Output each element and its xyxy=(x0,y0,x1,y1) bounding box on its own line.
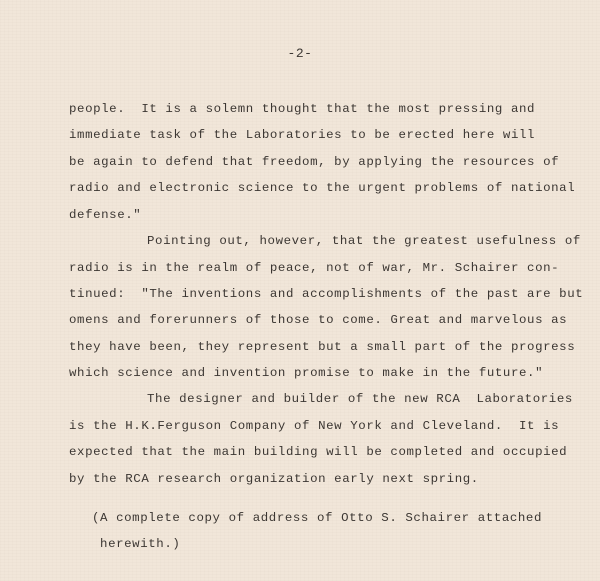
text-line: they have been, they represent but a sma… xyxy=(69,339,575,355)
text-line: people. It is a solemn thought that the … xyxy=(69,101,535,117)
text-line: immediate task of the Laboratories to be… xyxy=(69,127,535,143)
text-line: Pointing out, however, that the greatest… xyxy=(147,233,581,249)
text-line: be again to defend that freedom, by appl… xyxy=(69,154,559,170)
text-line: tinued: "The inventions and accomplishme… xyxy=(69,286,583,302)
text-line: omens and forerunners of those to come. … xyxy=(69,312,567,328)
text-line: (A complete copy of address of Otto S. S… xyxy=(92,510,542,526)
text-line: by the RCA research organization early n… xyxy=(69,471,479,487)
text-line: herewith.) xyxy=(92,536,180,552)
text-line: defense." xyxy=(69,207,141,223)
text-line: is the H.K.Ferguson Company of New York … xyxy=(69,418,559,434)
text-line: radio is in the realm of peace, not of w… xyxy=(69,260,559,276)
text-line: radio and electronic science to the urge… xyxy=(69,180,575,196)
text-line: The designer and builder of the new RCA … xyxy=(147,391,573,407)
text-line: expected that the main building will be … xyxy=(69,444,567,460)
page-number: -2- xyxy=(0,46,600,61)
text-line: which science and invention promise to m… xyxy=(69,365,543,381)
